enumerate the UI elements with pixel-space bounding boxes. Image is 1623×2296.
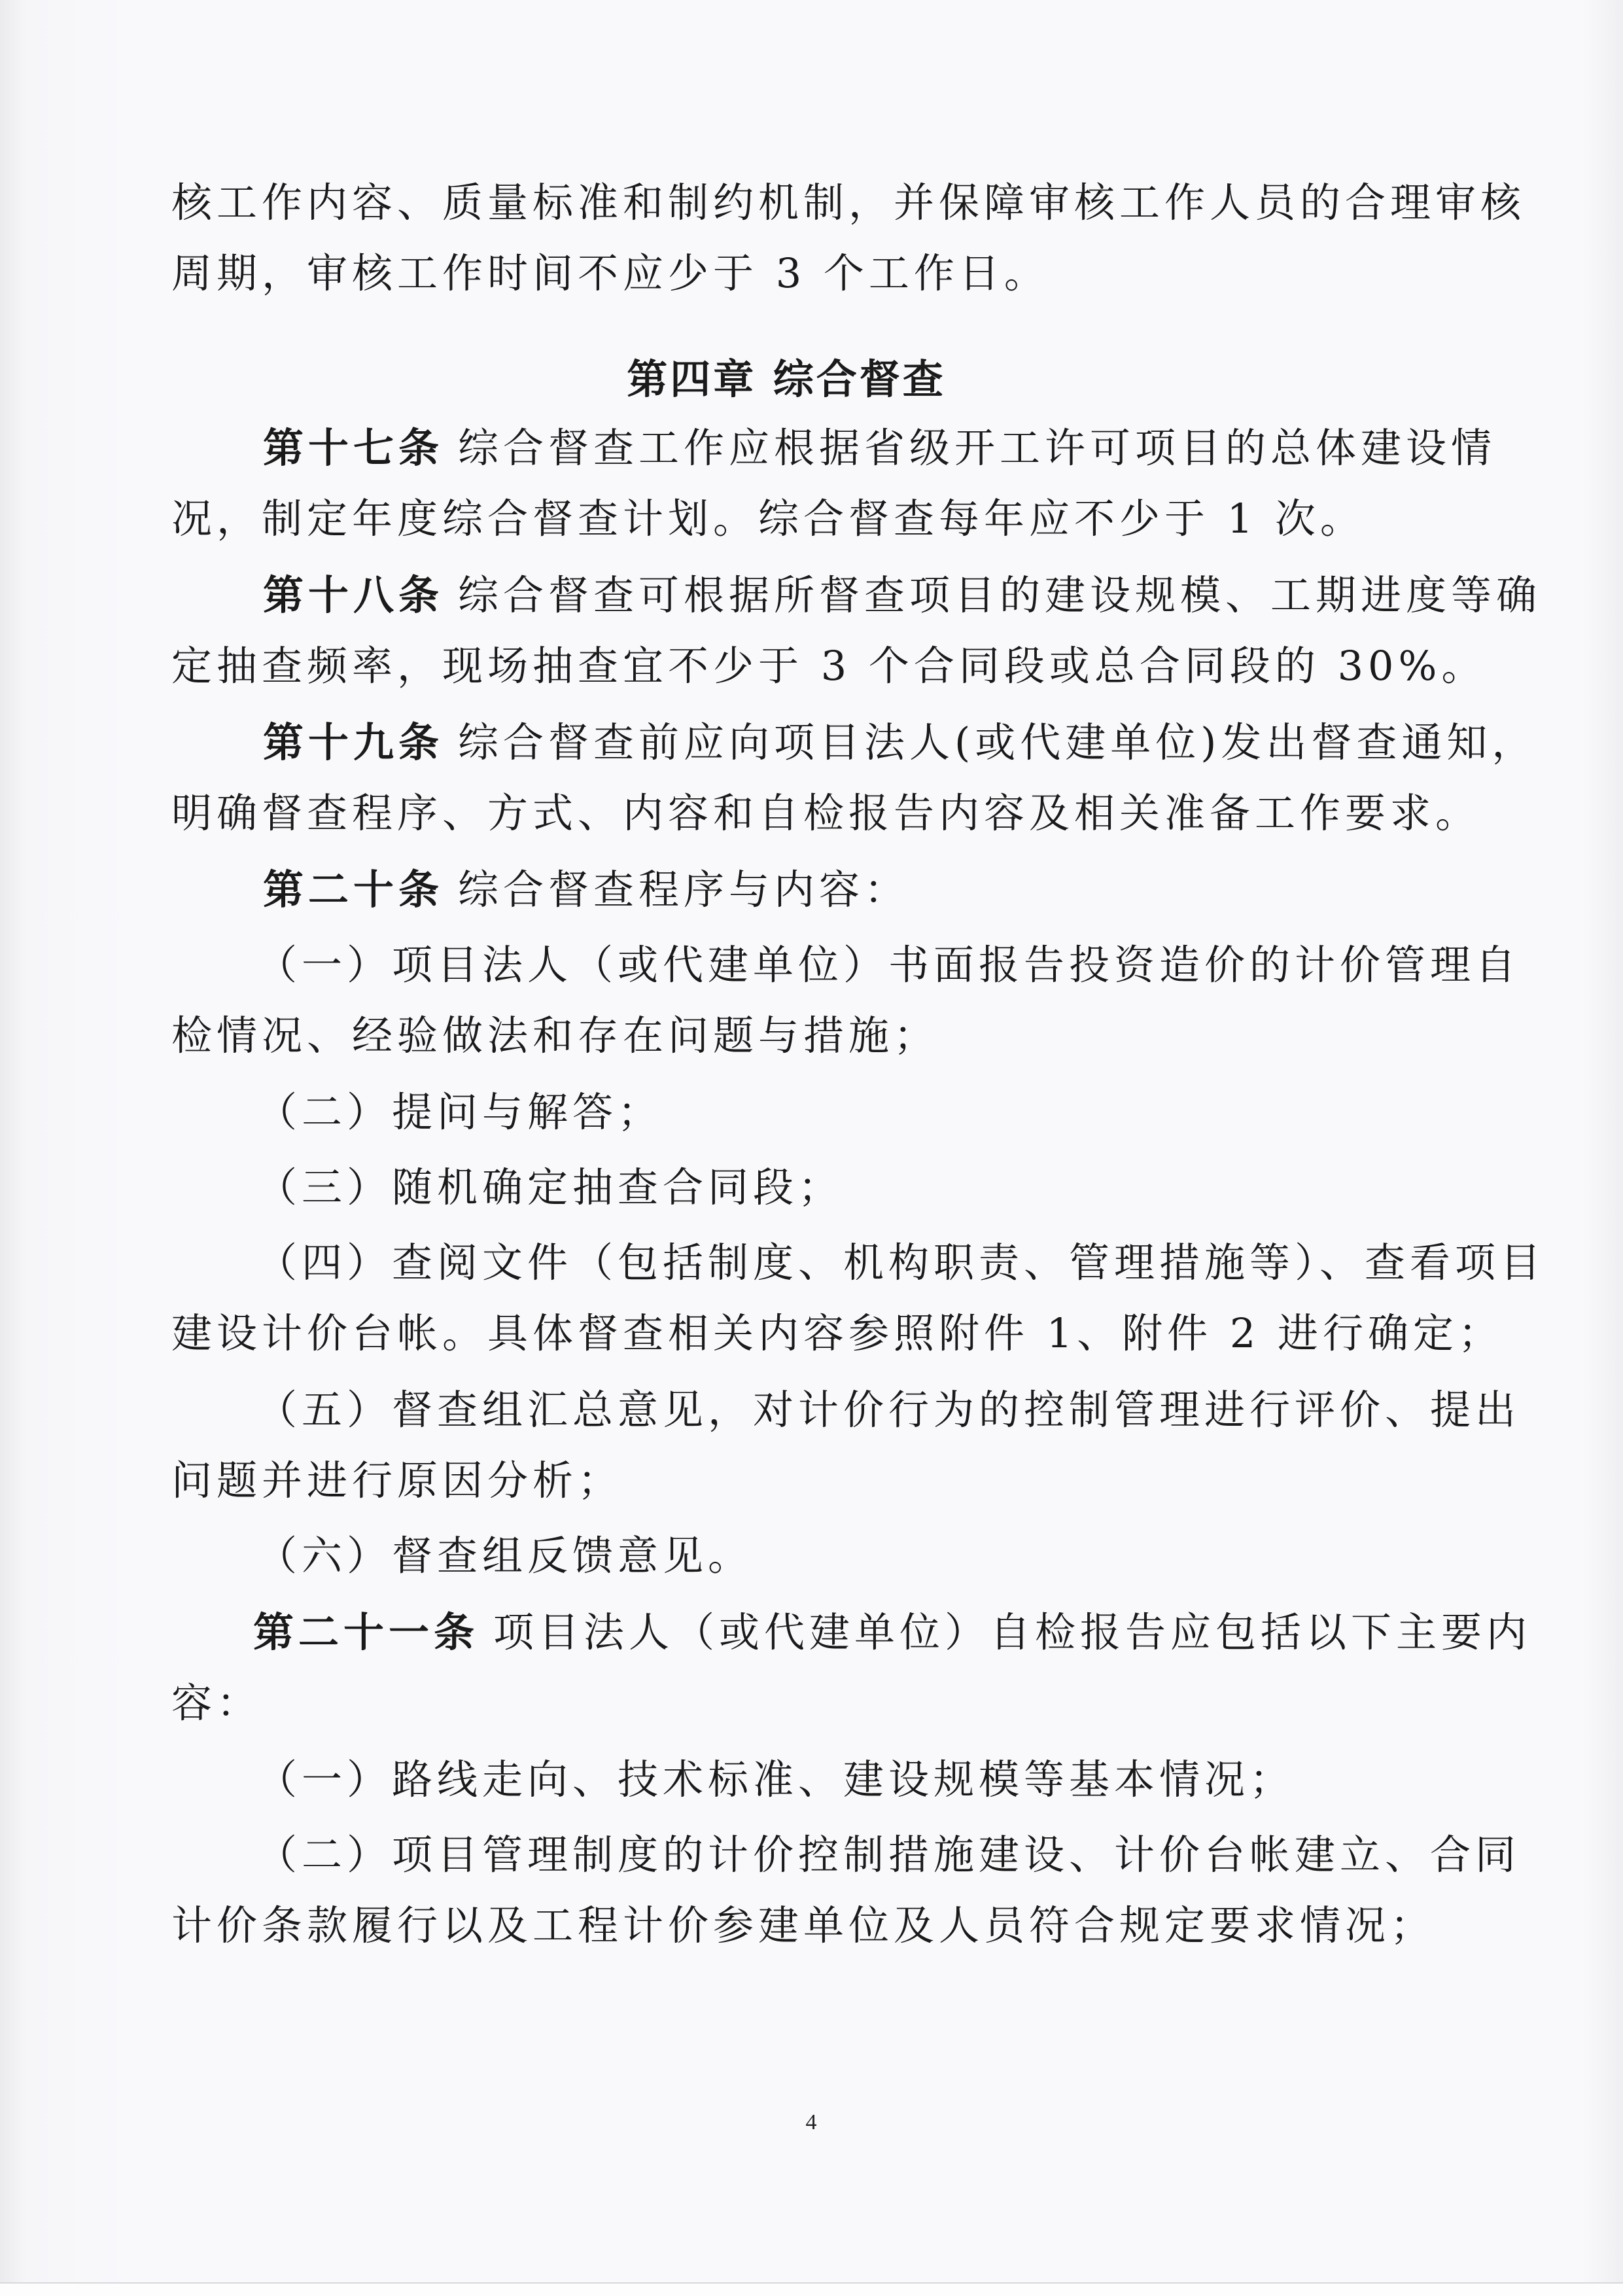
scanned-page: 核工作内容、质量标准和制约机制，并保障审核工作人员的合理审核 周期，审核工作时间… <box>0 0 1623 2296</box>
article-18: 第十八条综合督查可根据所督查项目的建设规模、工期进度等确 <box>263 569 1541 622</box>
chapter-heading: 第四章 综合督查 <box>132 353 1440 406</box>
article-19: 第十九条综合督查前应向项目法人(或代建单位)发出督查通知， <box>263 716 1537 769</box>
list-item: （四）查阅文件（包括制度、机构职责、管理措施等）、查看项目 <box>256 1237 1545 1289</box>
paragraph-line: 明确督查程序、方式、内容和自检报告内容及相关准备工作要求。 <box>171 787 1480 839</box>
list-item: （二）提问与解答； <box>256 1086 663 1139</box>
page-number: 4 <box>785 2110 837 2135</box>
paragraph-line: 建设计价台帐。具体督查相关内容参照附件 1、附件 2 进行确定； <box>171 1307 1503 1360</box>
article-label: 第十九条 <box>263 718 444 766</box>
list-item: （一）路线走向、技术标准、建设规模等基本情况； <box>256 1754 1295 1806</box>
paragraph-line: 检情况、经验做法和存在问题与措施； <box>171 1010 939 1062</box>
article-text: 综合督查工作应根据省级开工许可项目的总体建设情 <box>458 424 1496 472</box>
paragraph-line: 问题并进行原因分析； <box>171 1455 623 1507</box>
article-label: 第十八条 <box>263 571 444 619</box>
article-21: 第二十一条项目法人（或代建单位）自检报告应包括以下主要内 <box>253 1606 1531 1659</box>
list-item: （五）督查组汇总意见，对计价行为的控制管理进行评价、提出 <box>256 1384 1520 1436</box>
list-item: （一）项目法人（或代建单位）书面报告投资造价的计价管理自 <box>256 939 1520 991</box>
article-text: 综合督查前应向项目法人(或代建单位)发出督查通知， <box>458 718 1537 766</box>
article-label: 第十七条 <box>263 424 444 472</box>
article-text: 项目法人（或代建单位）自检报告应包括以下主要内 <box>493 1608 1531 1656</box>
list-item: （六）督查组反馈意见。 <box>256 1530 753 1582</box>
paragraph-line: 周期，审核工作时间不应少于 3 个工作日。 <box>171 247 1049 300</box>
page-bottom-edge <box>0 2282 1623 2296</box>
article-17: 第十七条综合督查工作应根据省级开工许可项目的总体建设情 <box>263 422 1496 474</box>
paragraph-line: 定抽查频率，现场抽查宜不少于 3 个合同段或总合同段的 30%。 <box>171 640 1486 692</box>
list-item: （三）随机确定抽查合同段； <box>256 1161 843 1214</box>
paragraph-line: 计价条款履行以及工程计价参建单位及人员符合规定要求情况； <box>171 1899 1435 1952</box>
list-item: （二）项目管理制度的计价控制措施建设、计价台帐建立、合同 <box>256 1829 1520 1881</box>
paragraph-line: 核工作内容、质量标准和制约机制，并保障审核工作人员的合理审核 <box>171 177 1526 229</box>
paragraph-line: 容： <box>171 1677 262 1729</box>
article-20: 第二十条综合督查程序与内容： <box>263 864 909 916</box>
article-text: 综合督查程序与内容： <box>458 866 909 913</box>
article-label: 第二十条 <box>263 866 444 913</box>
article-label: 第二十一条 <box>253 1608 479 1656</box>
paragraph-line: 况，制定年度综合督查计划。综合督查每年应不少于 1 次。 <box>171 493 1365 545</box>
article-text: 综合督查可根据所督查项目的建设规模、工期进度等确 <box>458 571 1541 619</box>
